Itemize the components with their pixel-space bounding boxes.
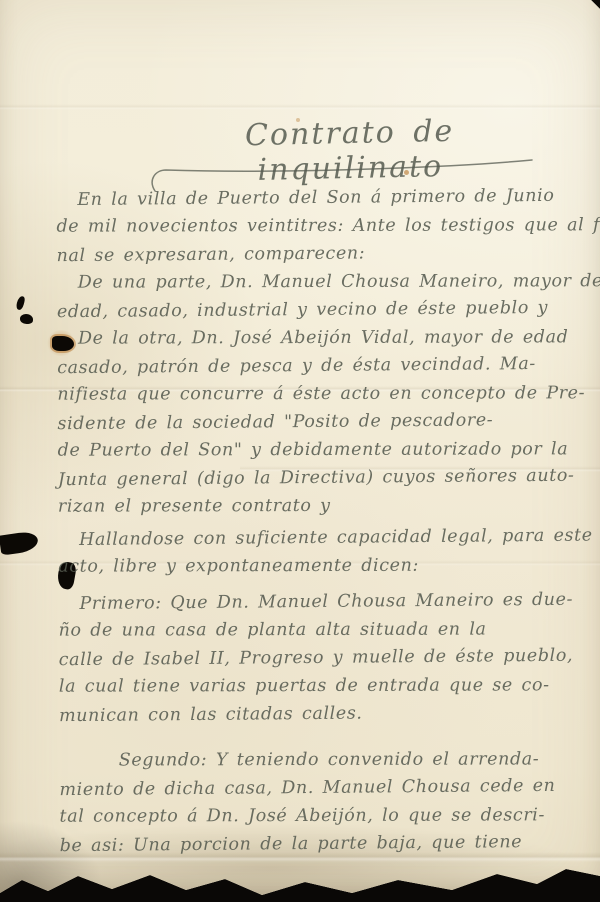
manuscript-page: Contrato de inquilinato En la villa de P… bbox=[0, 0, 600, 902]
text-line: calle de Isabel II, Progreso y muelle de… bbox=[59, 642, 559, 674]
text-line: ño de una casa de planta alta situada en… bbox=[59, 615, 559, 644]
document-body: En la villa de Puerto del Son á primero … bbox=[56, 183, 560, 860]
text-line: nal se expresaran, comparecen: bbox=[56, 238, 556, 270]
text-line: miento de dicha casa, Dn. Manuel Chousa … bbox=[59, 772, 559, 804]
text-line: acto, libre y expontaneamente dicen: bbox=[58, 551, 558, 580]
text-line: de Puerto del Son" y debidamente autoriz… bbox=[58, 435, 558, 464]
text-line: rizan el presente contrato y bbox=[58, 491, 558, 520]
text-line: la cual tiene varias puertas de entrada … bbox=[59, 671, 559, 700]
text-line: de mil novecientos veintitres: Ante los … bbox=[56, 211, 556, 240]
text-line: Hallandose con suficiente capacidad lega… bbox=[58, 522, 558, 554]
text-line: De una parte, Dn. Manuel Chousa Maneiro,… bbox=[57, 267, 557, 296]
paper-crease bbox=[0, 104, 600, 110]
text-line: nifiesta que concurre á éste acto en con… bbox=[57, 379, 557, 408]
text-line: tal concepto á Dn. José Abeijón, lo que … bbox=[60, 801, 560, 830]
text-line: Junta general (digo la Directiva) cuyos … bbox=[58, 462, 558, 494]
text-line: Segundo: Y teniendo convenido el arrenda… bbox=[59, 745, 559, 774]
text-line: casado, patrón de pesca y de ésta vecind… bbox=[57, 350, 557, 382]
paper-hole bbox=[0, 530, 39, 555]
text-line: En la villa de Puerto del Son á primero … bbox=[56, 182, 556, 214]
document-title: Contrato de inquilinato bbox=[159, 112, 540, 190]
text-line: Primero: Que Dn. Manuel Chousa Maneiro e… bbox=[58, 586, 558, 618]
text-line: edad, casado, industrial y vecino de ést… bbox=[57, 294, 557, 326]
text-line: be asi: Una porcion de la parte baja, qu… bbox=[60, 828, 560, 860]
paper-hole bbox=[20, 314, 33, 324]
paper-hole bbox=[15, 295, 25, 310]
text-line: munican con las citadas calles. bbox=[59, 698, 559, 730]
text-line: De la otra, Dn. José Abeijón Vidal, mayo… bbox=[57, 323, 557, 352]
text-line: sidente de la sociedad "Posito de pescad… bbox=[57, 406, 557, 438]
